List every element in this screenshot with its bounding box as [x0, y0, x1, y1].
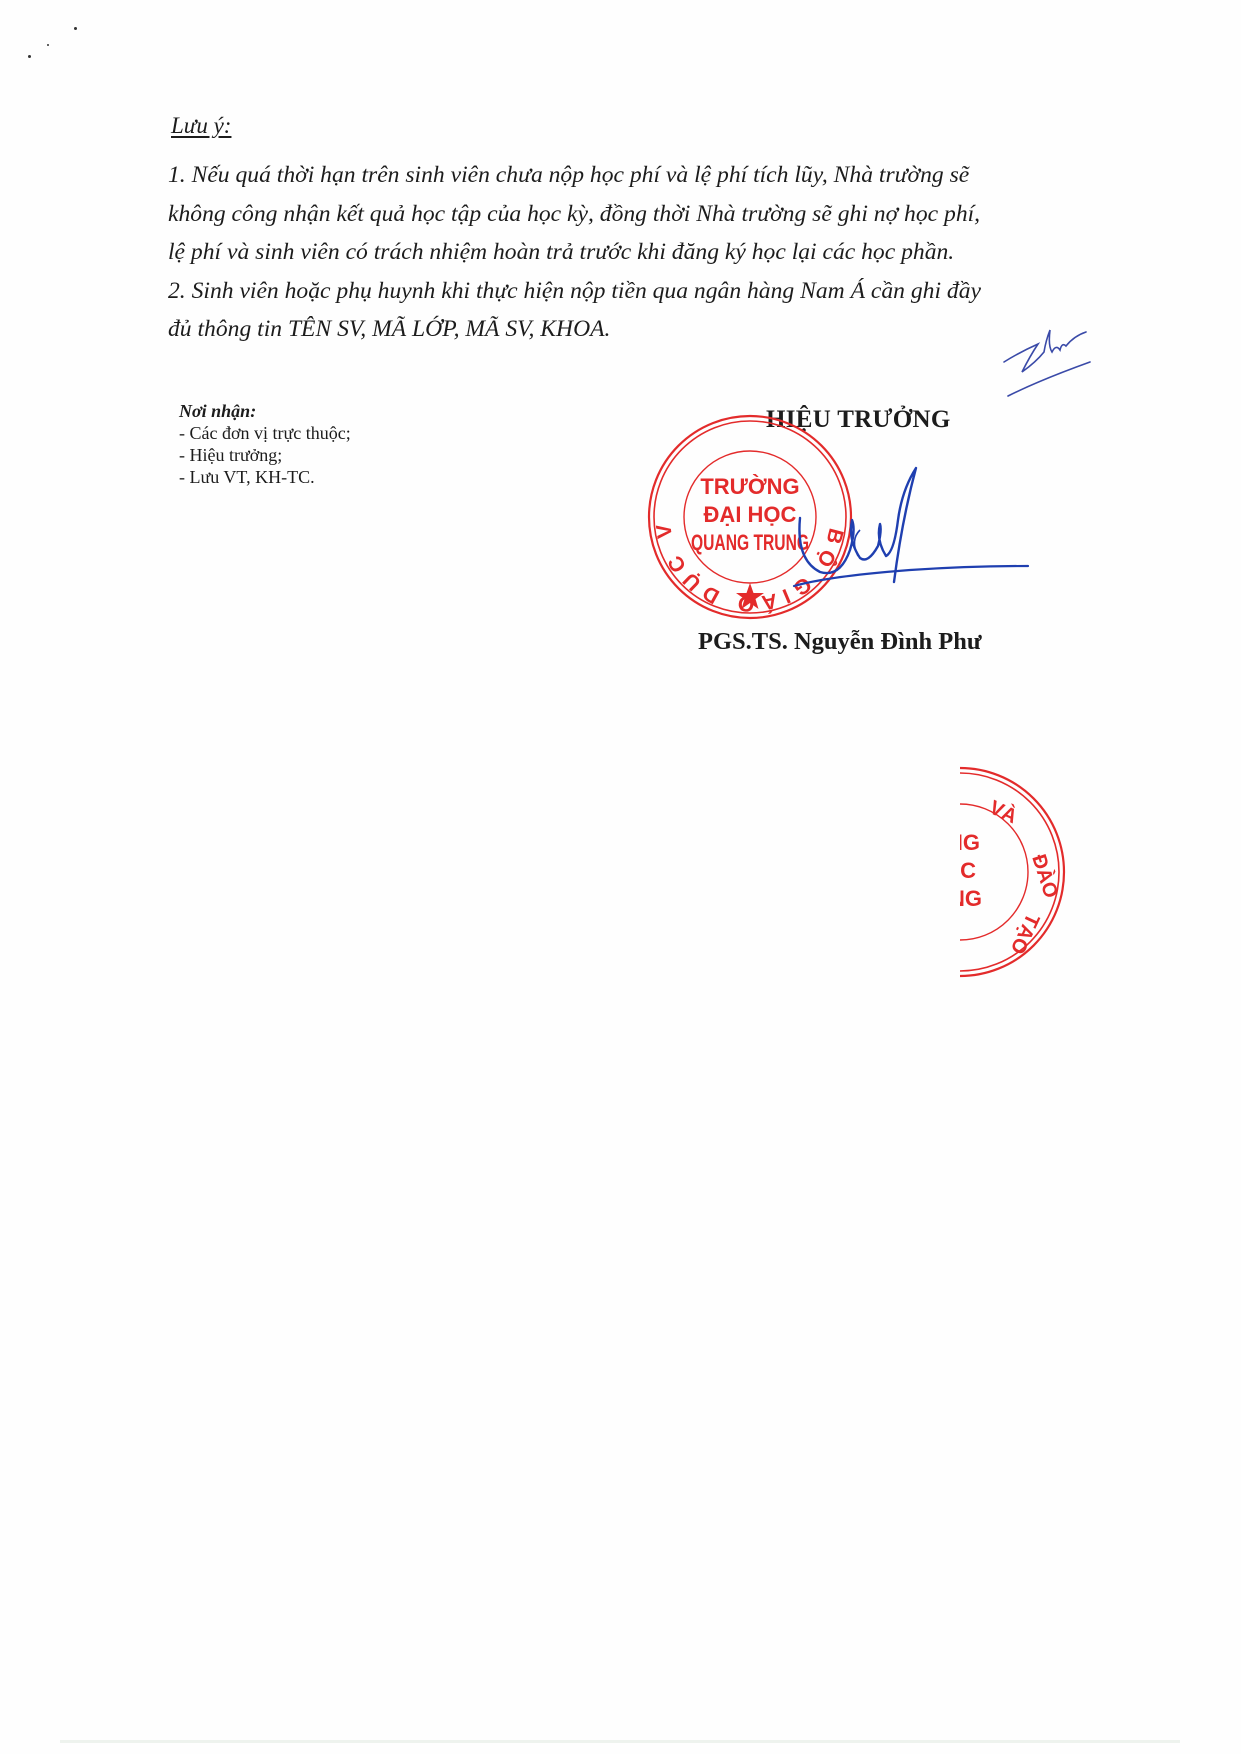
partial-seal-line: ỌC	[960, 858, 976, 883]
partial-seal: VÀ ĐÀO TẠO NG ỌC RUNG	[960, 762, 1080, 982]
scan-edge	[60, 1740, 1180, 1743]
signer-name: PGS.TS. Nguyễn Đình Phư	[698, 628, 982, 656]
recipient-item: - Các đơn vị trực thuộc;	[179, 422, 351, 444]
partial-seal-line: NG	[960, 830, 980, 855]
scan-speck	[28, 55, 31, 58]
scan-speck	[74, 27, 77, 30]
recipients-title: Nơi nhận:	[179, 400, 351, 422]
partial-seal-icon: VÀ ĐÀO TẠO NG ỌC RUNG	[960, 762, 1070, 982]
notes-heading: Lưu ý:	[171, 113, 231, 139]
seal-center-line: ĐẠI HỌC	[704, 502, 797, 527]
notes-line: đủ thông tin TÊN SV, MÃ LỚP, MÃ SV, KHOA…	[168, 310, 1118, 349]
scan-speck	[47, 44, 49, 46]
svg-text:VÀ: VÀ	[986, 796, 1021, 829]
recipients-block: Nơi nhận: - Các đơn vị trực thuộc; - Hiệ…	[179, 400, 351, 488]
signature-icon	[790, 460, 1050, 620]
notes-body: 1. Nếu quá thời hạn trên sinh viên chưa …	[168, 156, 1118, 349]
notes-line: 1. Nếu quá thời hạn trên sinh viên chưa …	[168, 156, 1118, 195]
partial-seal-line: RUNG	[960, 886, 982, 911]
recipient-item: - Hiệu trưởng;	[179, 444, 351, 466]
recipient-item: - Lưu VT, KH-TC.	[179, 466, 351, 488]
notes-line: lệ phí và sinh viên có trách nhiệm hoàn …	[168, 233, 1118, 272]
notes-line: không công nhận kết quả học tập của học …	[168, 195, 1118, 234]
seal-center-line: TRƯỜNG	[700, 474, 799, 499]
notes-line: 2. Sinh viên hoặc phụ huynh khi thực hiệ…	[168, 272, 1118, 311]
initial-signature-icon	[1000, 322, 1100, 402]
